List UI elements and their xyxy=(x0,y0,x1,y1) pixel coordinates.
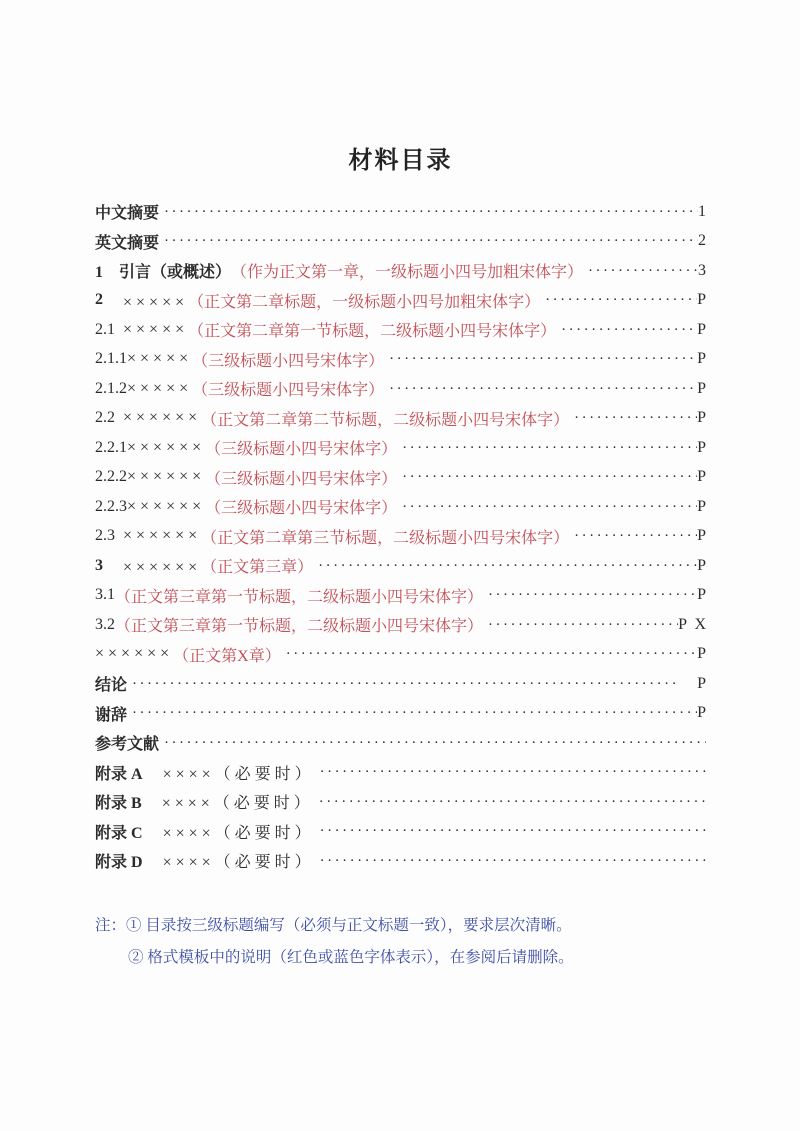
toc-entry: 2.2 ×××××× （正文第二章第二节标题，二级标题小四号宋体字） P xyxy=(95,404,706,434)
toc-entry: 3.2 （正文第三章第一节标题，二级标题小四号宋体字） P X xyxy=(95,610,706,640)
toc-entry-title: ××××× xyxy=(103,289,188,312)
toc-entry-note: （正文第二章第二节标题，二级标题小四号宋体字） xyxy=(201,407,569,430)
toc-entry-page: 1 xyxy=(698,203,706,221)
toc-dot-leader xyxy=(540,291,697,309)
toc-entry: 附录 A ××××（必要时） xyxy=(95,758,706,788)
toc-entry: 附录 D ××××（必要时） xyxy=(95,846,706,876)
toc-entry-page: P xyxy=(697,350,706,368)
toc-entry-label: 附录 A xyxy=(95,761,143,784)
toc-entry-label: 2.1.2 xyxy=(95,380,127,398)
toc-dot-leader xyxy=(483,616,678,634)
toc-entry-page: P X xyxy=(678,616,706,634)
document-page: 材料目录 中文摘要 1 英文摘要 2 1 引言（或概述） （作为正文第一章，一级… xyxy=(0,0,800,1131)
toc-dot-leader xyxy=(314,793,706,811)
toc-dot-leader xyxy=(483,586,697,604)
toc-entry-note: （正文第三章第一节标题，二级标题小四号宋体字） xyxy=(115,584,483,607)
toc-entry-title: ×××××× xyxy=(95,645,173,663)
toc-entry-note: （三级标题小四号宋体字） xyxy=(192,348,384,371)
toc-dot-leader xyxy=(159,203,698,221)
toc-entry: 3 ×××××× （正文第三章） P xyxy=(95,551,706,581)
toc-entry-label: 2.3 xyxy=(95,527,115,545)
toc-entry-title: ××××× xyxy=(127,380,192,398)
toc-entry-title: ×××××× xyxy=(115,527,201,545)
toc-entry-title: ××××（必要时） xyxy=(143,761,315,784)
toc-entry: 附录 B ××××（必要时） xyxy=(95,787,706,817)
toc-entry-page: P xyxy=(697,498,706,516)
toc-entry-label: 1 引言（或概述） xyxy=(95,259,231,282)
toc-entry-label: 参考文献 xyxy=(95,731,159,754)
toc-entry: 谢辞 P xyxy=(95,699,706,729)
toc-entry-page: P xyxy=(697,645,706,663)
toc-entry: ×××××× （正文第X章） P xyxy=(95,640,706,670)
toc-entry-note: （正文第X章） xyxy=(173,643,281,666)
toc-dot-leader xyxy=(159,232,698,250)
toc-entry-label: 附录 D xyxy=(95,849,143,872)
toc-entry-page: 3 xyxy=(698,262,706,280)
notes-section: 注：① 目录按三级标题编写（必须与正文标题一致），要求层次清晰。 ② 格式模板中… xyxy=(95,910,706,974)
toc-dot-leader xyxy=(313,557,697,575)
toc-dot-leader xyxy=(583,262,698,280)
toc-entry-page: P xyxy=(697,439,706,457)
toc-dot-leader xyxy=(397,439,697,457)
toc-entry-label: 附录 C xyxy=(95,820,143,843)
toc-entry-note: （作为正文第一章，一级标题小四号加粗宋体字） xyxy=(231,259,583,282)
toc-entry-title: ××××× xyxy=(115,321,188,339)
toc-entry-note: （三级标题小四号宋体字） xyxy=(192,377,384,400)
toc-dot-leader xyxy=(569,409,697,427)
toc-dot-leader xyxy=(315,763,706,781)
toc-entry-label: 2 xyxy=(95,291,103,309)
toc-dot-leader xyxy=(315,852,706,870)
toc-entry-note: （正文第二章标题，一级标题小四号加粗宋体字） xyxy=(188,289,540,312)
toc-entry: 2.1.1 ××××× （三级标题小四号宋体字） P xyxy=(95,345,706,375)
toc-entry: 2.3 ×××××× （正文第二章第三节标题，二级标题小四号宋体字） P xyxy=(95,522,706,552)
toc-entry-page: P xyxy=(697,468,706,486)
toc-entry-page: P xyxy=(697,380,706,398)
toc-entry-note: （三级标题小四号宋体字） xyxy=(205,495,397,518)
toc-entry: 中文摘要 1 xyxy=(95,197,706,227)
toc-entry-page: P xyxy=(697,557,706,575)
toc-entry-title: ××××（必要时） xyxy=(143,849,315,872)
toc-entry-title: ×××××× xyxy=(127,439,205,457)
toc-dot-leader xyxy=(127,704,697,722)
toc-entry-title: ×××××× xyxy=(127,468,205,486)
toc-entry-label: 3.1 xyxy=(95,586,115,604)
toc-entry-label: 英文摘要 xyxy=(95,230,159,253)
toc-entry-title: ×××××× xyxy=(103,554,201,577)
toc-entry: 2.1.2 ××××× （三级标题小四号宋体字） P xyxy=(95,374,706,404)
toc-dot-leader xyxy=(127,675,677,693)
toc-entry-label: 中文摘要 xyxy=(95,200,159,223)
toc-entry-title: ××××（必要时） xyxy=(142,790,314,813)
toc-entry-title: ×××××× xyxy=(115,409,201,427)
toc-entry: 1 引言（或概述） （作为正文第一章，一级标题小四号加粗宋体字） 3 xyxy=(95,256,706,286)
toc-entry-title: ××××（必要时） xyxy=(143,820,315,843)
toc-entry-page: P xyxy=(697,291,706,309)
toc-entry-note: （三级标题小四号宋体字） xyxy=(205,466,397,489)
toc-entry: 2.2.3 ×××××× （三级标题小四号宋体字） P xyxy=(95,492,706,522)
toc-entry-title: ×××××× xyxy=(127,498,205,516)
toc-entry-label: 2.1 xyxy=(95,321,115,339)
note-line-2: ② 格式模板中的说明（红色或蓝色字体表示），在参阅后请删除。 xyxy=(95,942,706,974)
toc-entry: 英文摘要 2 xyxy=(95,227,706,257)
toc-entry-label: 2.1.1 xyxy=(95,350,127,368)
toc-entry-label: 附录 B xyxy=(95,790,142,813)
toc-entry-note: （三级标题小四号宋体字） xyxy=(205,436,397,459)
toc-entry-label: 结论 xyxy=(95,672,127,695)
toc-dot-leader xyxy=(315,822,706,840)
toc-entry-label: 谢辞 xyxy=(95,702,127,725)
toc-dot-leader xyxy=(397,468,697,486)
toc-entry-note: （正文第三章第一节标题，二级标题小四号宋体字） xyxy=(115,613,483,636)
toc-entry-label: 2.2.2 xyxy=(95,468,127,486)
toc-entry-page: P xyxy=(697,704,706,722)
toc-entry-label: 2.2.3 xyxy=(95,498,127,516)
toc-entry: 结论 P xyxy=(95,669,706,699)
toc-entry-title: ××××× xyxy=(127,350,192,368)
toc-entry-page: P xyxy=(697,409,706,427)
toc-entry-page: 2 xyxy=(698,232,706,250)
toc-entry-label: 3 xyxy=(95,557,103,575)
toc-entry-label: 2.2.1 xyxy=(95,439,127,457)
toc-entry-note: （正文第二章第三节标题，二级标题小四号宋体字） xyxy=(201,525,569,548)
toc-entry-page: P xyxy=(677,675,706,693)
toc-entry: 3.1 （正文第三章第一节标题，二级标题小四号宋体字） P xyxy=(95,581,706,611)
toc-entry-label: 2.2 xyxy=(95,409,115,427)
toc-entry: 附录 C ××××（必要时） xyxy=(95,817,706,847)
toc-entry: 2.2.2 ×××××× （三级标题小四号宋体字） P xyxy=(95,463,706,493)
toc-entry-page: P xyxy=(697,527,706,545)
toc-list: 中文摘要 1 英文摘要 2 1 引言（或概述） （作为正文第一章，一级标题小四号… xyxy=(95,197,706,876)
toc-entry: 参考文献 xyxy=(95,728,706,758)
toc-entry-label: 3.2 xyxy=(95,616,115,634)
toc-dot-leader xyxy=(384,380,697,398)
toc-entry: 2 ××××× （正文第二章标题，一级标题小四号加粗宋体字） P xyxy=(95,286,706,316)
toc-entry-note: （正文第二章第一节标题，二级标题小四号宋体字） xyxy=(188,318,556,341)
toc-dot-leader xyxy=(281,645,697,663)
toc-dot-leader xyxy=(556,321,697,339)
page-title: 材料目录 xyxy=(95,140,706,175)
toc-dot-leader xyxy=(384,350,697,368)
toc-entry-page: P xyxy=(697,586,706,604)
toc-entry: 2.1 ××××× （正文第二章第一节标题，二级标题小四号宋体字） P xyxy=(95,315,706,345)
note-line-1: 注：① 目录按三级标题编写（必须与正文标题一致），要求层次清晰。 xyxy=(95,910,706,942)
toc-entry: 2.2.1 ×××××× （三级标题小四号宋体字） P xyxy=(95,433,706,463)
toc-dot-leader xyxy=(569,527,697,545)
toc-entry-page: P xyxy=(697,321,706,339)
toc-dot-leader xyxy=(159,734,706,752)
toc-entry-note: （正文第三章） xyxy=(201,554,313,577)
toc-dot-leader xyxy=(397,498,697,516)
